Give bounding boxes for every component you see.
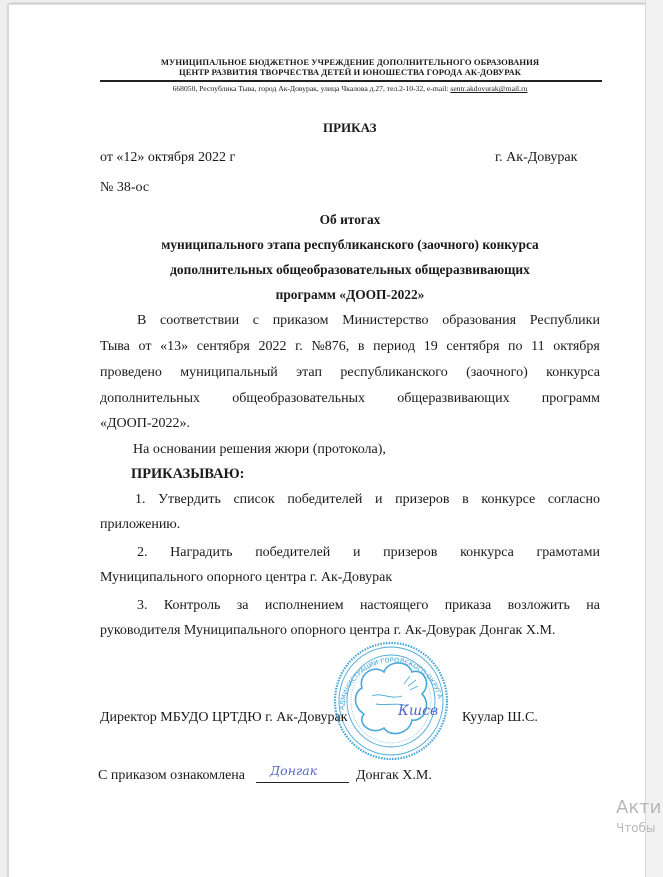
item-1-line-2: приложению. bbox=[100, 516, 180, 534]
word: 11 bbox=[531, 338, 544, 356]
word: соответствии bbox=[160, 312, 239, 330]
acknowledgement-handwritten-signature: Донгак bbox=[270, 763, 317, 778]
word: №876, bbox=[311, 338, 349, 356]
word: 2022 bbox=[258, 338, 286, 356]
preamble-line-2: Тыва от «13» сентября 2022 г. №876, в пе… bbox=[100, 338, 600, 356]
item-2-line-2: Муниципального опорного центра г. Ак-Дов… bbox=[100, 569, 392, 587]
word: и bbox=[353, 544, 361, 562]
word: победителей bbox=[287, 491, 362, 509]
word: Наградить bbox=[170, 544, 232, 562]
word: возложить bbox=[508, 597, 570, 615]
official-stamp-icon: АДМИНИСТРАЦИИ ГОРОДСКОГО ОКРУГА bbox=[332, 640, 450, 762]
word: общеобразовательных bbox=[232, 390, 365, 408]
letterhead-address: 668050, Республика Тыва, город Ак-Довура… bbox=[100, 84, 600, 94]
preamble-line-1: В соответствии с приказом Министерство о… bbox=[137, 312, 600, 330]
email-link[interactable]: sentr.akdovurak@mail.ru bbox=[450, 84, 527, 93]
word: программ bbox=[542, 390, 600, 408]
letterhead-org-line-1: МУНИЦИПАЛЬНОЕ БЮДЖЕТНОЕ УЧРЕЖДЕНИЕ ДОПОЛ… bbox=[100, 57, 600, 67]
acknowledgement-label: С приказом ознакомлена bbox=[98, 767, 245, 785]
preamble-line-3: проведено муниципальный этап республикан… bbox=[100, 364, 600, 382]
word: конкурсе bbox=[481, 491, 535, 509]
word: г. bbox=[295, 338, 303, 356]
word: с bbox=[253, 312, 259, 330]
item-1-line-1: 1. Утвердить список победителей и призер… bbox=[135, 491, 600, 509]
word: Утвердить bbox=[158, 491, 221, 509]
word: за bbox=[237, 597, 249, 615]
signatory-position: Директор МБУДО ЦРТДЮ г. Ак-Довурак bbox=[100, 709, 348, 727]
viewer-scrollbar-area[interactable] bbox=[645, 0, 663, 877]
word: по bbox=[508, 338, 523, 356]
preamble-line-4: дополнительных общеобразовательных общер… bbox=[100, 390, 600, 408]
word: образования bbox=[442, 312, 516, 330]
word: 2. bbox=[137, 544, 148, 562]
word: настоящего bbox=[360, 597, 428, 615]
word: список bbox=[233, 491, 274, 509]
word: Контроль bbox=[164, 597, 221, 615]
order-number: № 38-ос bbox=[100, 179, 149, 197]
item-3-line-1: 3. Контроль за исполнением настоящего пр… bbox=[137, 597, 600, 615]
letterhead-rule bbox=[100, 80, 602, 82]
subject-line-3: дополнительных общеобразовательных общер… bbox=[100, 261, 600, 279]
word: исполнением bbox=[265, 597, 344, 615]
subject-line-4: программ «ДООП-2022» bbox=[100, 286, 600, 304]
activation-watermark-title: Акти bbox=[616, 797, 663, 818]
word: в bbox=[358, 338, 365, 356]
signatory-name: Куулар Ш.С. bbox=[462, 709, 538, 727]
word: сентября bbox=[446, 338, 499, 356]
order-word: ПРИКАЗЫВАЮ: bbox=[131, 465, 244, 483]
word: дополнительных bbox=[100, 390, 200, 408]
word: Тыва bbox=[100, 338, 130, 356]
subject-line-2: муниципального этапа республиканского (з… bbox=[100, 236, 600, 254]
word: приказа bbox=[445, 597, 492, 615]
word: этап bbox=[296, 364, 322, 382]
word: конкурса bbox=[546, 364, 600, 382]
word: 19 bbox=[424, 338, 438, 356]
word: победителей bbox=[255, 544, 330, 562]
word: проведено bbox=[100, 364, 162, 382]
word: (заочного) bbox=[466, 364, 528, 382]
word: от bbox=[139, 338, 152, 356]
address-text: 668050, Республика Тыва, город Ак-Довура… bbox=[173, 84, 451, 93]
basis-text: На основании решения жюри (протокола), bbox=[133, 441, 386, 459]
acknowledgement-name: Донгак Х.М. bbox=[356, 767, 432, 785]
activation-watermark-subtitle: Чтобы bbox=[616, 821, 663, 835]
word: общеразвивающих bbox=[397, 390, 509, 408]
director-handwritten-signature: Кшсв bbox=[398, 703, 438, 719]
word: сентября bbox=[197, 338, 250, 356]
word: призеров bbox=[395, 491, 449, 509]
word: Министерство bbox=[342, 312, 428, 330]
order-city: г. Ак-Довурак bbox=[495, 149, 577, 167]
letterhead-org-line-2: ЦЕНТР РАЗВИТИЯ ТВОРЧЕСТВА ДЕТЕЙ И ЮНОШЕС… bbox=[100, 67, 600, 77]
acknowledgement-signature-line bbox=[256, 782, 349, 783]
word: на bbox=[586, 597, 600, 615]
word: конкурса bbox=[460, 544, 514, 562]
preamble-line-5: «ДООП-2022». bbox=[100, 415, 190, 433]
item-3-line-2: руководителя Муниципального опорного цен… bbox=[100, 622, 555, 640]
word: республиканского bbox=[340, 364, 447, 382]
word: октября bbox=[553, 338, 600, 356]
word: «13» bbox=[160, 338, 188, 356]
word: согласно bbox=[548, 491, 600, 509]
word: 1. bbox=[135, 491, 146, 509]
word: период bbox=[373, 338, 415, 356]
word: муниципальный bbox=[180, 364, 277, 382]
word: В bbox=[137, 312, 146, 330]
item-2-line-1: 2. Наградить победителей и призеров конк… bbox=[137, 544, 600, 562]
order-date: от «12» октября 2022 г bbox=[100, 149, 235, 167]
word: призеров bbox=[383, 544, 437, 562]
word: в bbox=[462, 491, 469, 509]
word: 3. bbox=[137, 597, 148, 615]
word: грамотами bbox=[537, 544, 601, 562]
subject-line-1: Об итогах bbox=[100, 211, 600, 229]
word: Республики bbox=[530, 312, 600, 330]
word: приказом bbox=[273, 312, 329, 330]
order-title: ПРИКАЗ bbox=[323, 119, 377, 137]
word: и bbox=[375, 491, 383, 509]
